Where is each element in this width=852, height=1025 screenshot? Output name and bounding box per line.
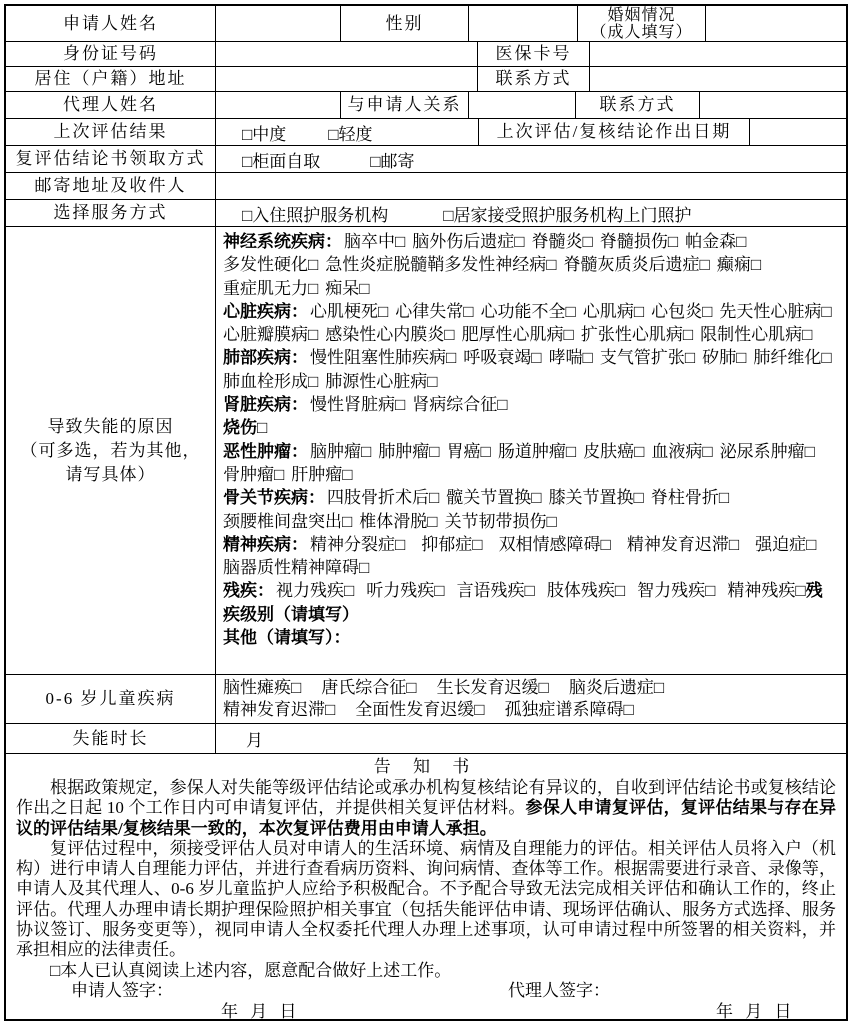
mail-address-label: 邮寄地址及收件人 — [6, 173, 216, 200]
checkbox-option[interactable]: □轻度 — [328, 120, 372, 145]
checkbox-option[interactable]: □居家接受照护服务机构上门照护 — [443, 201, 691, 226]
disease-category: 精神疾病：精神分裂症□抑郁症□双相情感障碍□精神发育迟滞□强迫症□脑器质性精神障… — [223, 533, 839, 580]
disease-checkbox[interactable]: 视力残疾□ — [276, 579, 354, 602]
agent-relation-label: 与申请人关系 — [341, 92, 469, 119]
children-disease-checkbox[interactable]: 孤独症谱系障碍□ — [505, 699, 634, 721]
checkbox-option[interactable]: □柜面自取 — [242, 147, 320, 172]
agent-name-label: 代理人姓名 — [6, 92, 216, 119]
disease-checkbox[interactable]: 脑外伤后遗症□ — [412, 230, 524, 253]
disease-checkbox[interactable]: 精神残疾□ — [727, 579, 805, 602]
disease-checkbox[interactable]: 关节韧带损伤□ — [445, 510, 557, 533]
disease-checkbox[interactable]: 急性炎症脱髓鞘多发性神经病□ — [325, 253, 556, 276]
signature-row: 申请人签字： 代理人签字： — [16, 981, 836, 1002]
medical-card-input[interactable] — [590, 42, 846, 67]
contact-input[interactable] — [590, 67, 846, 92]
disease-checkbox[interactable]: 四肢骨折术后□ — [327, 486, 439, 509]
application-form-table: 申请人姓名 性别 婚姻情况 （成人填写） 身份证号码 医保卡号 居住（户籍）地址… — [4, 4, 848, 1021]
agent-date-line[interactable]: 年 月 日 — [716, 1002, 792, 1019]
disease-checkbox[interactable]: 脑卒中□ — [344, 230, 405, 253]
disease-checkbox[interactable]: 心脏瓣膜病□ — [223, 323, 318, 346]
checkbox-option[interactable]: □中度 — [242, 120, 286, 145]
disease-checkbox[interactable]: 肺纤维化□ — [753, 346, 831, 369]
disease-checkbox[interactable]: 智力残疾□ — [637, 579, 715, 602]
disease-checkbox[interactable]: 颈腰椎间盘突出□ — [223, 510, 352, 533]
disease-category-label[interactable]: 烧伤□ — [223, 418, 267, 437]
disease-checkbox[interactable]: 肠道肿瘤□ — [498, 440, 576, 463]
disease-checkbox[interactable]: 肥厚性心肌病□ — [462, 323, 574, 346]
id-number-label: 身份证号码 — [6, 42, 216, 67]
disease-category: 残疾：视力残疾□听力残疾□言语残疾□肢体残疾□智力残疾□精神残疾□残疾级别（请填… — [223, 579, 839, 626]
disease-checkbox[interactable]: 哮喘□ — [549, 346, 593, 369]
disease-checkbox[interactable]: 慢性阻塞性肺疾病□ — [310, 346, 456, 369]
disease-category: 恶性肿瘤：脑肿瘤□肺肿瘤□胃癌□肠道肿瘤□皮肤癌□血液病□泌尿系肿瘤□骨肿瘤□肝… — [223, 440, 839, 487]
marital-status-label: 婚姻情况 （成人填写） — [578, 6, 706, 42]
notice-section: 告 知 书 根据政策规定，参保人对失能等级评估结论或承办机构复核结论有异议的，自… — [6, 754, 846, 1019]
disease-checkbox[interactable]: 肺血栓形成□ — [223, 370, 318, 393]
date-row: 年 月 日 年 月 日 — [16, 1002, 836, 1019]
disease-category: 其他（请填写）： — [223, 626, 839, 649]
disease-checkbox[interactable]: 肢体残疾□ — [547, 579, 625, 602]
disease-category: 神经系统疾病：脑卒中□脑外伤后遗症□脊髓炎□脊髓损伤□帕金森□多发性硬化□急性炎… — [223, 230, 839, 300]
disease-checkbox[interactable]: 重症肌无力□ — [223, 277, 318, 300]
children-disease-label: 0-6 岁儿童疾病 — [6, 675, 216, 724]
last-date-label: 上次评估/复核结论作出日期 — [479, 119, 750, 146]
disease-category: 肾脏疾病：慢性肾脏病□肾病综合征□ — [223, 393, 839, 416]
disease-checkbox[interactable]: 肺肿瘤□ — [378, 440, 439, 463]
mail-address-input[interactable] — [216, 173, 846, 200]
children-disease-checkbox[interactable]: 全面性发育迟缓□ — [355, 699, 484, 721]
duration-label: 失能时长 — [6, 724, 216, 754]
disease-checkbox[interactable]: 抑郁症□ — [421, 533, 482, 556]
marital-status-input[interactable] — [706, 6, 846, 42]
agree-line: □本人已认真阅读上述内容，愿意配合做好上述工作。 — [16, 961, 836, 981]
disease-checkbox[interactable]: 强迫症□ — [755, 533, 816, 556]
disease-checkbox[interactable]: 脊髓炎□ — [532, 230, 593, 253]
notice-paragraph-1: 根据政策规定，参保人对失能等级评估结论或承办机构复核结论有异议的，自收到评估结论… — [16, 778, 836, 839]
checkbox-option[interactable]: □入住照护服务机构 — [242, 201, 388, 226]
disease-checklist: 神经系统疾病：脑卒中□脑外伤后遗症□脊髓炎□脊髓损伤□帕金森□多发性硬化□急性炎… — [216, 227, 846, 675]
disease-checkbox[interactable]: 胃癌□ — [447, 440, 491, 463]
applicant-name-label: 申请人姓名 — [6, 6, 216, 42]
last-result-label: 上次评估结果 — [6, 119, 216, 146]
children-disease-checkbox[interactable]: 脑性瘫痪□ — [223, 677, 301, 699]
duration-value[interactable]: 月 — [216, 724, 846, 754]
disease-checkbox[interactable]: 椎体滑脱□ — [359, 510, 437, 533]
disease-checkbox[interactable]: 脑器质性精神障碍□ — [223, 556, 369, 579]
last-date-input[interactable] — [750, 119, 846, 146]
disease-checkbox[interactable]: 扩张性心肌病□ — [581, 323, 693, 346]
children-disease-checkbox[interactable]: 唐氏综合征□ — [321, 677, 416, 699]
disease-checkbox[interactable]: 痴呆□ — [325, 277, 369, 300]
disease-category-label: 恶性肿瘤： — [223, 442, 308, 461]
disease-checkbox[interactable]: 髋关节置换□ — [446, 486, 541, 509]
children-disease-checkbox[interactable]: 精神发育迟滞□ — [223, 699, 335, 721]
disease-checkbox[interactable]: 慢性肾脏病□ — [310, 393, 405, 416]
disease-checkbox[interactable]: 肺源性心脏病□ — [325, 370, 437, 393]
disease-checkbox[interactable]: 脊髓损伤□ — [600, 230, 678, 253]
contact-label: 联系方式 — [478, 67, 590, 92]
disease-checkbox[interactable]: 脊髓灰质炎后遗症□ — [564, 253, 710, 276]
disease-category-label: 骨关节疾病： — [223, 488, 325, 507]
agent-contact-input[interactable] — [700, 92, 846, 119]
address-input[interactable] — [216, 67, 478, 92]
disease-checkbox[interactable]: 矽肺□ — [702, 346, 746, 369]
disease-checkbox[interactable]: 泌尿系肿瘤□ — [720, 440, 815, 463]
disability-cause-label: 导致失能的原因 （可多选，若为其他， 请写具体） — [6, 227, 216, 675]
agent-name-input[interactable] — [216, 92, 341, 119]
disease-checkbox[interactable]: 脊柱骨折□ — [651, 486, 729, 509]
disease-category: 肺部疾病：慢性阻塞性肺疾病□呼吸衰竭□哮喘□支气管扩张□矽肺□肺纤维化□肺血栓形… — [223, 346, 839, 393]
delivery-method-options: □柜面自取□邮寄 — [216, 146, 846, 173]
children-disease-line: 脑性瘫痪□唐氏综合征□生长发育迟缓□脑炎后遗症□ — [223, 677, 839, 699]
disease-checkbox[interactable]: 肾病综合征□ — [412, 393, 507, 416]
notice-paragraph-2: 复评估过程中，须接受评估人员对申请人的生活环境、病情及自理能力的评估。相关评估人… — [16, 839, 836, 961]
disease-checkbox[interactable]: 膝关节置换□ — [549, 486, 644, 509]
applicant-date-line[interactable]: 年 月 日 — [221, 1002, 297, 1019]
gender-input[interactable] — [469, 6, 578, 42]
disease-checkbox[interactable]: 脑肿瘤□ — [310, 440, 371, 463]
children-disease-checklist: 脑性瘫痪□唐氏综合征□生长发育迟缓□脑炎后遗症□精神发育迟滞□全面性发育迟缓□孤… — [216, 675, 846, 724]
disease-category: 烧伤□ — [223, 416, 839, 439]
disease-checkbox[interactable]: 言语残疾□ — [457, 579, 535, 602]
disease-checkbox[interactable]: 血液病□ — [651, 440, 712, 463]
service-method-options: □入住照护服务机构□居家接受照护服务机构上门照护 — [216, 200, 846, 227]
disease-checkbox[interactable]: 感染性心内膜炎□ — [325, 323, 454, 346]
checkbox-option[interactable]: □邮寄 — [370, 147, 414, 172]
last-result-options: □中度□轻度 — [216, 119, 479, 146]
disease-category: 骨关节疾病：四肢骨折术后□髋关节置换□膝关节置换□脊柱骨折□颈腰椎间盘突出□椎体… — [223, 486, 839, 533]
medical-card-label: 医保卡号 — [478, 42, 590, 67]
disease-category: 心脏疾病：心肌梗死□心律失常□心功能不全□心肌病□心包炎□先天性心脏病□心脏瓣膜… — [223, 300, 839, 347]
disease-checkbox[interactable]: 心包炎□ — [651, 300, 712, 323]
children-disease-line: 精神发育迟滞□全面性发育迟缓□孤独症谱系障碍□ — [223, 699, 839, 721]
agree-checkbox[interactable]: □ — [50, 961, 60, 980]
service-method-label: 选择服务方式 — [6, 200, 216, 227]
delivery-method-label: 复评估结论书领取方式 — [6, 146, 216, 173]
gender-label: 性别 — [341, 6, 469, 42]
disease-checkbox[interactable]: 骨肿瘤□ — [223, 463, 284, 486]
disease-checkbox[interactable]: 支气管扩张□ — [600, 346, 695, 369]
disease-checkbox[interactable]: 先天性心脏病□ — [719, 300, 831, 323]
disease-checkbox[interactable]: 双相情感障碍□ — [499, 533, 611, 556]
disease-checkbox[interactable]: 多发性硬化□ — [223, 253, 318, 276]
disease-checkbox[interactable]: 听力残疾□ — [366, 579, 444, 602]
disease-checkbox[interactable]: 心功能不全□ — [481, 300, 576, 323]
children-disease-checkbox[interactable]: 脑炎后遗症□ — [569, 677, 664, 699]
notice-title: 告 知 书 — [16, 756, 836, 778]
disease-checkbox[interactable]: 癫痫□ — [717, 253, 761, 276]
address-label: 居住（户籍）地址 — [6, 67, 216, 92]
disease-checkbox[interactable]: 心律失常□ — [395, 300, 473, 323]
disease-checkbox[interactable]: 精神分裂症□ — [310, 533, 405, 556]
disease-checkbox[interactable]: 心肌病□ — [583, 300, 644, 323]
disease-checkbox[interactable]: 皮肤癌□ — [583, 440, 644, 463]
disease-checkbox[interactable]: 限制性心肌病□ — [700, 323, 812, 346]
id-number-input[interactable] — [216, 42, 478, 67]
disease-checkbox[interactable]: 呼吸衰竭□ — [463, 346, 541, 369]
disease-category-label: 精神疾病： — [223, 535, 308, 554]
children-disease-checkbox[interactable]: 生长发育迟缓□ — [437, 677, 549, 699]
disease-category-label: 心脏疾病： — [223, 302, 308, 321]
disease-category-label: 肺部疾病： — [223, 348, 308, 367]
agent-signature-label[interactable]: 代理人签字： — [508, 981, 610, 1001]
disease-checkbox[interactable]: 心肌梗死□ — [310, 300, 388, 323]
agent-contact-label: 联系方式 — [576, 92, 700, 119]
applicant-name-input[interactable] — [216, 6, 341, 42]
agent-relation-input[interactable] — [469, 92, 576, 119]
agree-text: 本人已认真阅读上述内容，愿意配合做好上述工作。 — [60, 961, 451, 980]
application-form-page: 申请人姓名 性别 婚姻情况 （成人填写） 身份证号码 医保卡号 居住（户籍）地址… — [0, 0, 852, 1025]
applicant-signature-label[interactable]: 申请人签字： — [71, 981, 173, 1001]
disease-checkbox[interactable]: 精神发育迟滞□ — [627, 533, 739, 556]
disease-category-label: 其他（请填写）： — [223, 628, 351, 647]
disease-category-label: 肾脏疾病： — [223, 395, 308, 414]
disease-checkbox[interactable]: 肝肿瘤□ — [291, 463, 352, 486]
disease-category-label: 神经系统疾病： — [223, 232, 342, 251]
disease-category-label: 残疾： — [223, 581, 274, 600]
disease-checkbox[interactable]: 帕金森□ — [685, 230, 746, 253]
